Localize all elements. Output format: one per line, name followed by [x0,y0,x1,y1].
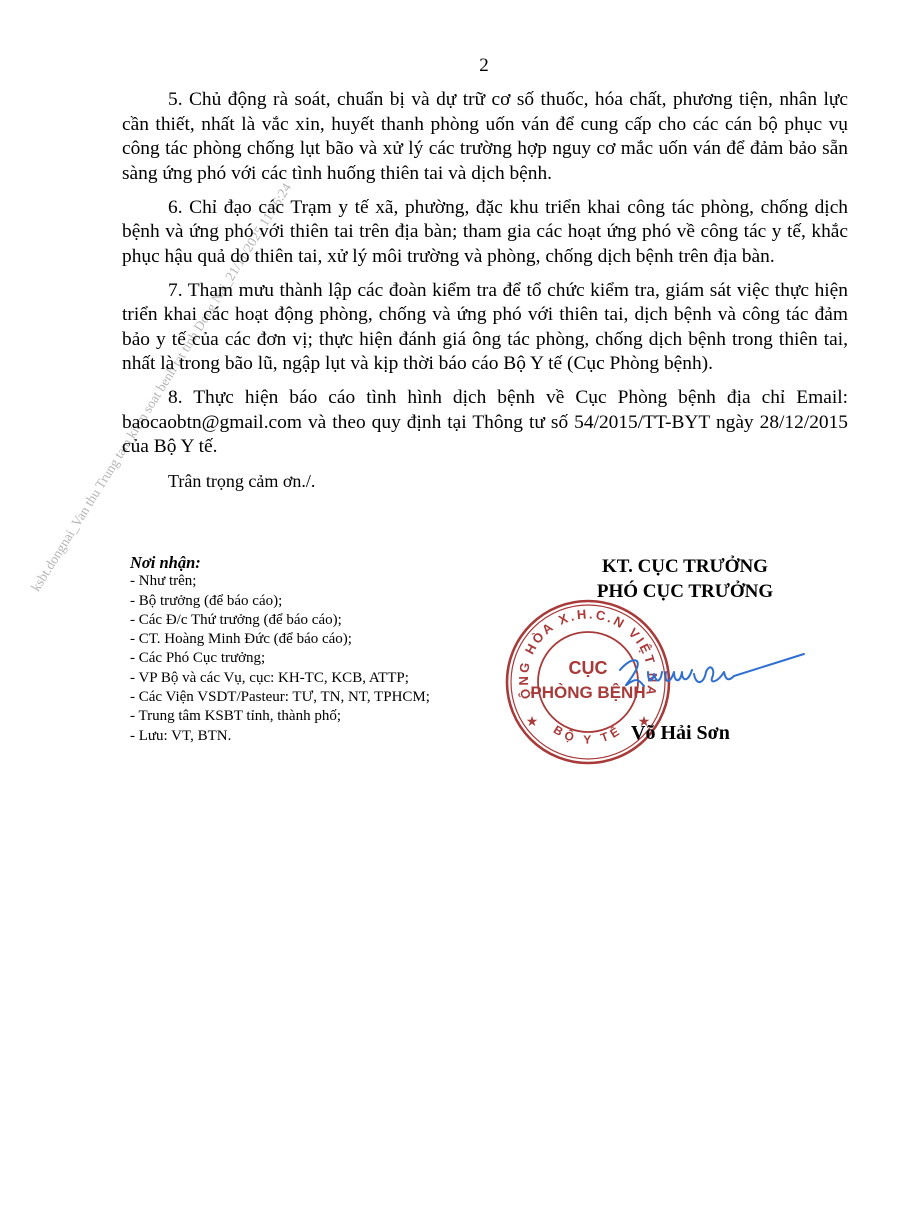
recipient-item: - CT. Hoàng Minh Đức (để báo cáo); [130,630,430,649]
page-number: 2 [0,55,900,77]
stamp-center-line1: CỤC [569,658,608,678]
recipient-item: - Bộ trưởng (để báo cáo); [130,592,430,611]
recipient-item: - Trung tâm KSBT tỉnh, thành phố; [130,707,430,726]
closing-line: Trân trọng cảm ơn./. [122,469,848,494]
paragraph-7: 7. Tham mưu thành lập các đoàn kiểm tra … [122,279,848,377]
paragraph-5: 5. Chủ động rà soát, chuẩn bị và dự trữ … [122,88,848,186]
stamp-bottom-text: BỘ Y TẾ [551,722,625,747]
recipient-item: - Lưu: VT, BTN. [130,727,430,746]
signature-title-1: KT. CỤC TRƯỞNG [540,554,830,579]
recipients-title: Nơi nhận: [130,553,430,572]
signer-name: Võ Hải Sơn [631,722,730,745]
paragraph-8: 8. Thực hiện báo cáo tình hình dịch bệnh… [122,386,848,460]
recipient-item: - Các Phó Cục trưởng; [130,649,430,668]
star-icon: ★ [526,713,539,729]
signature-block: KT. CỤC TRƯỞNG PHÓ CỤC TRƯỞNG [540,554,830,604]
recipient-item: - Như trên; [130,572,430,591]
recipient-item: - Các Đ/c Thứ trưởng (để báo cáo); [130,611,430,630]
recipients-block: Nơi nhận: - Như trên; - Bộ trưởng (để bá… [130,553,430,746]
paragraph-6: 6. Chỉ đạo các Trạm y tế xã, phường, đặc… [122,196,848,270]
recipient-item: - VP Bộ và các Vụ, cục: KH-TC, KCB, ATTP… [130,669,430,688]
svg-text:BỘ Y TẾ: BỘ Y TẾ [551,722,625,747]
recipient-item: - Các Viện VSDT/Pasteur: TƯ, TN, NT, TPH… [130,688,430,707]
document-body: 5. Chủ động rà soát, chuẩn bị và dự trữ … [122,88,848,494]
handwritten-signature [618,648,808,698]
